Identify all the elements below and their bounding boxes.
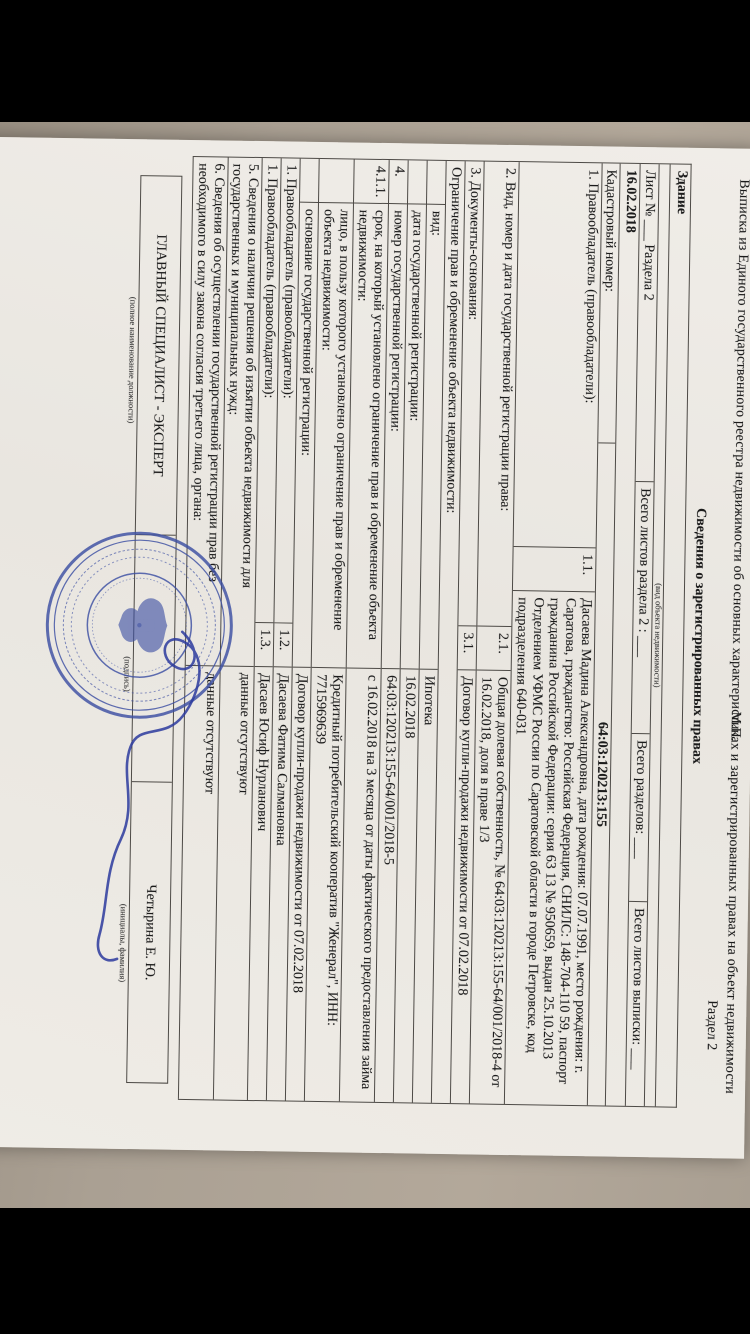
restriction-term-value: с 16.02.2018 на 3 месяца от даты фактиче… [340, 668, 381, 1101]
owner1-num: 1.1. [513, 547, 595, 592]
signature-space [132, 535, 176, 783]
owner2-num: 1.2. [274, 623, 293, 667]
stamp-place-mark: М.П. [727, 711, 743, 741]
owner-label: 1. Правообладатель (правообладатели): [513, 162, 601, 548]
phone-screenshot: Выписка из Единого государственного реес… [0, 0, 750, 1334]
letterbox-bottom [0, 1208, 750, 1334]
row-owner-1: 1. Правообладатель (правообладатели): 1.… [504, 162, 602, 1105]
signer-position: ГЛАВНЫЙ СПЕЦИАЛИСТ - ЭКСПЕРТ [135, 176, 181, 536]
letterbox-top [0, 0, 750, 122]
main-table: Здание (вид объекта недвижимости) Лист №… [178, 156, 692, 1108]
seizure-value: данные отсутствуют [213, 666, 254, 1099]
document-content: Выписка из Единого государственного реес… [114, 139, 750, 1137]
basis-docs-num: 3.1. [458, 626, 477, 670]
restriction-term-num: 4.1.1. [354, 160, 389, 205]
restriction-number-num: 4. [389, 160, 408, 204]
restriction-basis-num [300, 159, 319, 203]
rotated-document: Выписка из Единого государственного реес… [0, 122, 750, 1208]
sections-total-field: Всего разделов: ___ [630, 734, 651, 902]
signer-name: Четырина Е. Ю. [139, 782, 160, 1082]
registration-value: Общая долевая собственность, № 64:03:120… [470, 670, 511, 1103]
owner1-value: Дасаева Мадина Александровна, дата рожде… [505, 591, 595, 1105]
restriction-kind-num [427, 161, 446, 205]
extract-sheets-total-field: Всего листов выписки: ___ [626, 902, 647, 1106]
registration-num: 2.1. [477, 626, 512, 671]
paper-sheet: Выписка из Единого государственного реес… [0, 136, 750, 1159]
restriction-beneficiary-value: Кредитный потребительский кооператив "Же… [305, 668, 346, 1101]
owner3-num: 1.3. [255, 623, 274, 667]
restriction-date-num [408, 160, 427, 204]
no-consent-value: данные отсутствуют [179, 666, 220, 1099]
document-photo: Выписка из Единого государственного реес… [0, 122, 750, 1208]
signature-block: ГЛАВНЫЙ СПЕЦИАЛИСТ - ЭКСПЕРТ Четырина Е.… [115, 175, 182, 1084]
restriction-beneficiary-num [319, 159, 354, 204]
